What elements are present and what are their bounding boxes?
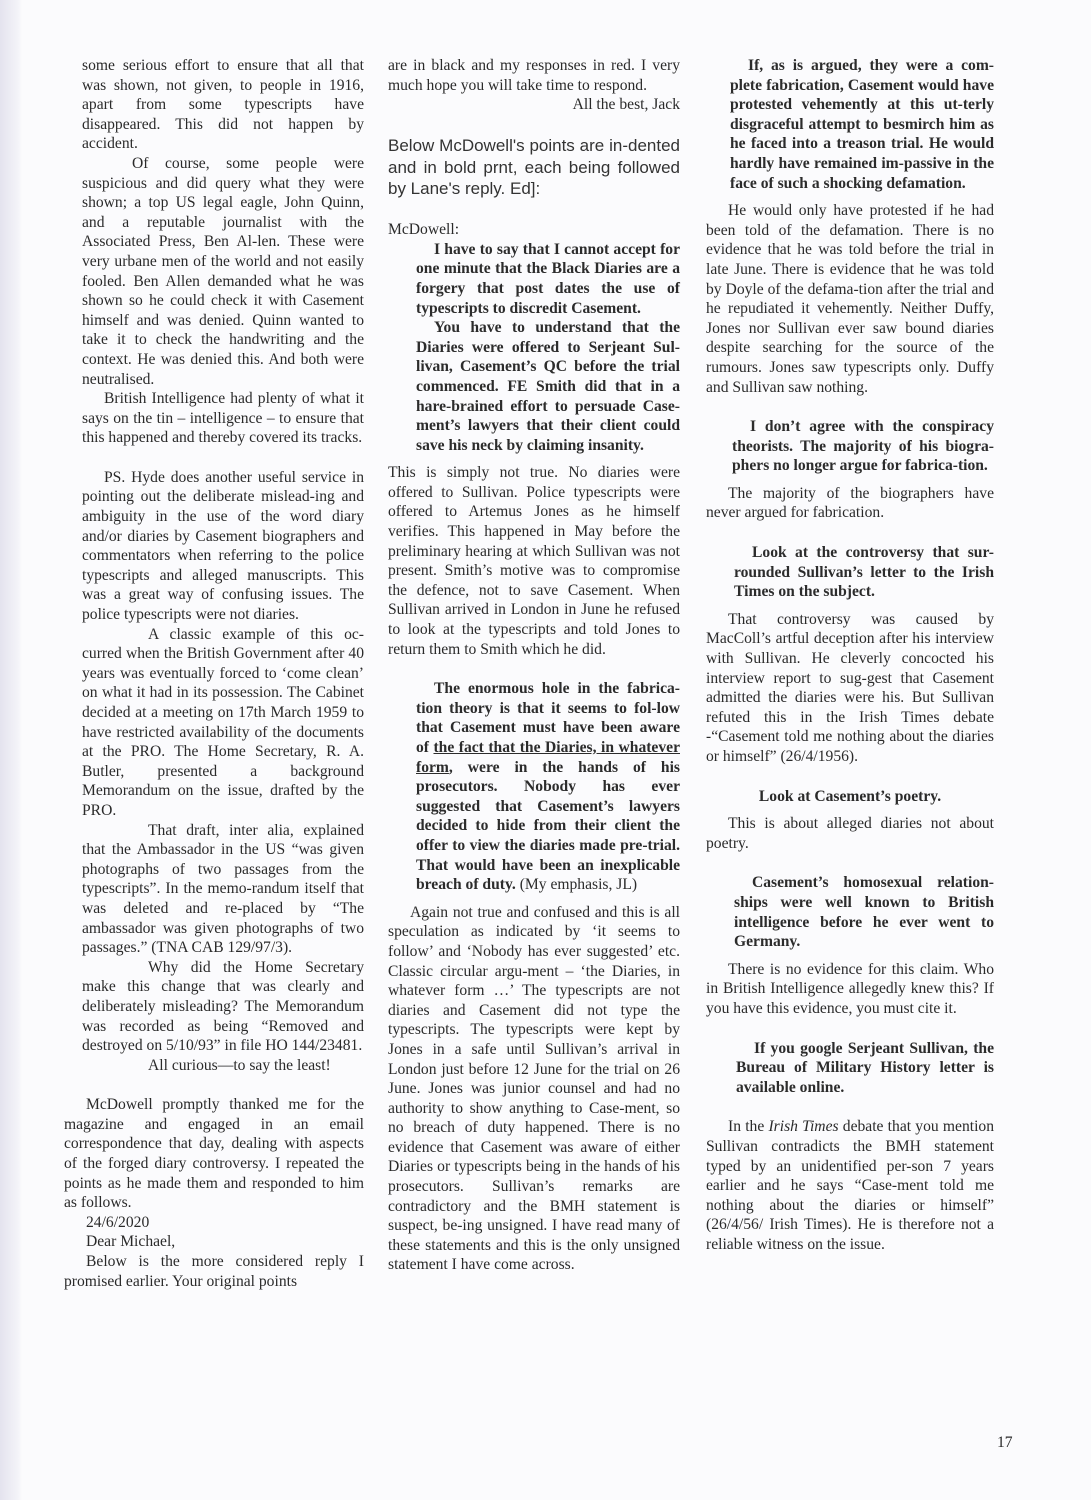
mcdowell-point-5: Look at the controversy that sur-rounded… xyxy=(706,543,994,602)
point-text: , were in the hands of his prosecutors. … xyxy=(416,759,680,894)
page-binding-shadow xyxy=(0,0,22,1500)
speaker-label: McDowell: xyxy=(388,220,680,240)
page-number: 17 xyxy=(997,1434,1013,1452)
paragraph: A classic example of this oc-curred when… xyxy=(82,625,364,821)
emphasis-note: (My emphasis, JL) xyxy=(516,876,637,893)
column-right: If, as is argued, they were a com-plete … xyxy=(706,56,994,1254)
letter-salutation: Dear Michael, xyxy=(64,1232,364,1252)
letter-signoff: All the best, Jack xyxy=(388,95,680,115)
lane-reply-6: This is about alleged diaries not about … xyxy=(706,814,994,853)
lane-reply-8: In the Irish Times debate that you menti… xyxy=(706,1117,994,1254)
point-text: Look at the controversy that sur-rounded… xyxy=(734,543,994,602)
column-left: some serious effort to ensure that all t… xyxy=(82,56,364,1291)
paragraph: British Intelligence had plenty of what … xyxy=(82,389,364,448)
letter-date: 24/6/2020 xyxy=(64,1213,364,1233)
paragraph: Below is the more considered reply I pro… xyxy=(64,1252,364,1291)
lane-reply-5: That controversy was caused by MacColl’s… xyxy=(706,610,994,767)
paragraph: Why did the Home Secretary make this cha… xyxy=(82,958,364,1056)
reply-text: debate that you mention Sullivan contrad… xyxy=(706,1118,994,1253)
mcdowell-point-8: If you google Serjeant Sullivan, the Bur… xyxy=(706,1039,994,1098)
lane-reply-2: Again not true and confused and this is … xyxy=(388,903,680,1275)
reply-text: In the xyxy=(728,1118,768,1135)
lane-reply-7: There is no evidence for this claim. Who… xyxy=(706,960,994,1019)
postscript-paragraph: PS. Hyde does another useful service in … xyxy=(82,468,364,625)
lane-reply-3: He would only have protested if he had b… xyxy=(706,201,994,397)
mcdowell-point-6: Look at Casement’s poetry. xyxy=(706,787,994,807)
point-text: If you google Serjeant Sullivan, the Bur… xyxy=(736,1039,994,1098)
mcdowell-point-3: If, as is argued, they were a com-plete … xyxy=(706,56,994,193)
mcdowell-point-7: Casement’s homosexual relation-ships wer… xyxy=(706,873,994,951)
paragraph: All curious—to say the least! xyxy=(82,1056,364,1076)
point-text: I have to say that I cannot accept for o… xyxy=(416,240,680,318)
mcdowell-point-1: I have to say that I cannot accept for o… xyxy=(388,240,680,456)
mcdowell-point-2: The enormous hole in the fabrica-tion th… xyxy=(388,679,680,895)
paragraph: are in black and my responses in red. I … xyxy=(388,56,680,95)
editor-note: Below McDowell's points are in-dented an… xyxy=(388,135,680,200)
paragraph: That draft, inter alia, explained that t… xyxy=(82,821,364,958)
paragraph: Of course, some people were suspicious a… xyxy=(82,154,364,389)
lane-reply-4: The majority of the biographers have nev… xyxy=(706,484,994,523)
point-text: Casement’s homosexual relation-ships wer… xyxy=(734,873,994,951)
mcdowell-point-4: I don’t agree with the conspiracy theori… xyxy=(706,417,994,476)
point-text: I don’t agree with the conspiracy theori… xyxy=(732,417,994,476)
paragraph: McDowell promptly thanked me for the mag… xyxy=(64,1095,364,1213)
lane-reply-1: This is simply not true. No diaries were… xyxy=(388,463,680,659)
publication-title: Irish Times xyxy=(768,1118,838,1135)
paragraph: some serious effort to ensure that all t… xyxy=(82,56,364,154)
point-text: If, as is argued, they were a com-plete … xyxy=(730,56,994,193)
column-middle: are in black and my responses in red. I … xyxy=(388,56,680,1275)
point-text: You have to understand that the Diaries … xyxy=(416,318,680,455)
